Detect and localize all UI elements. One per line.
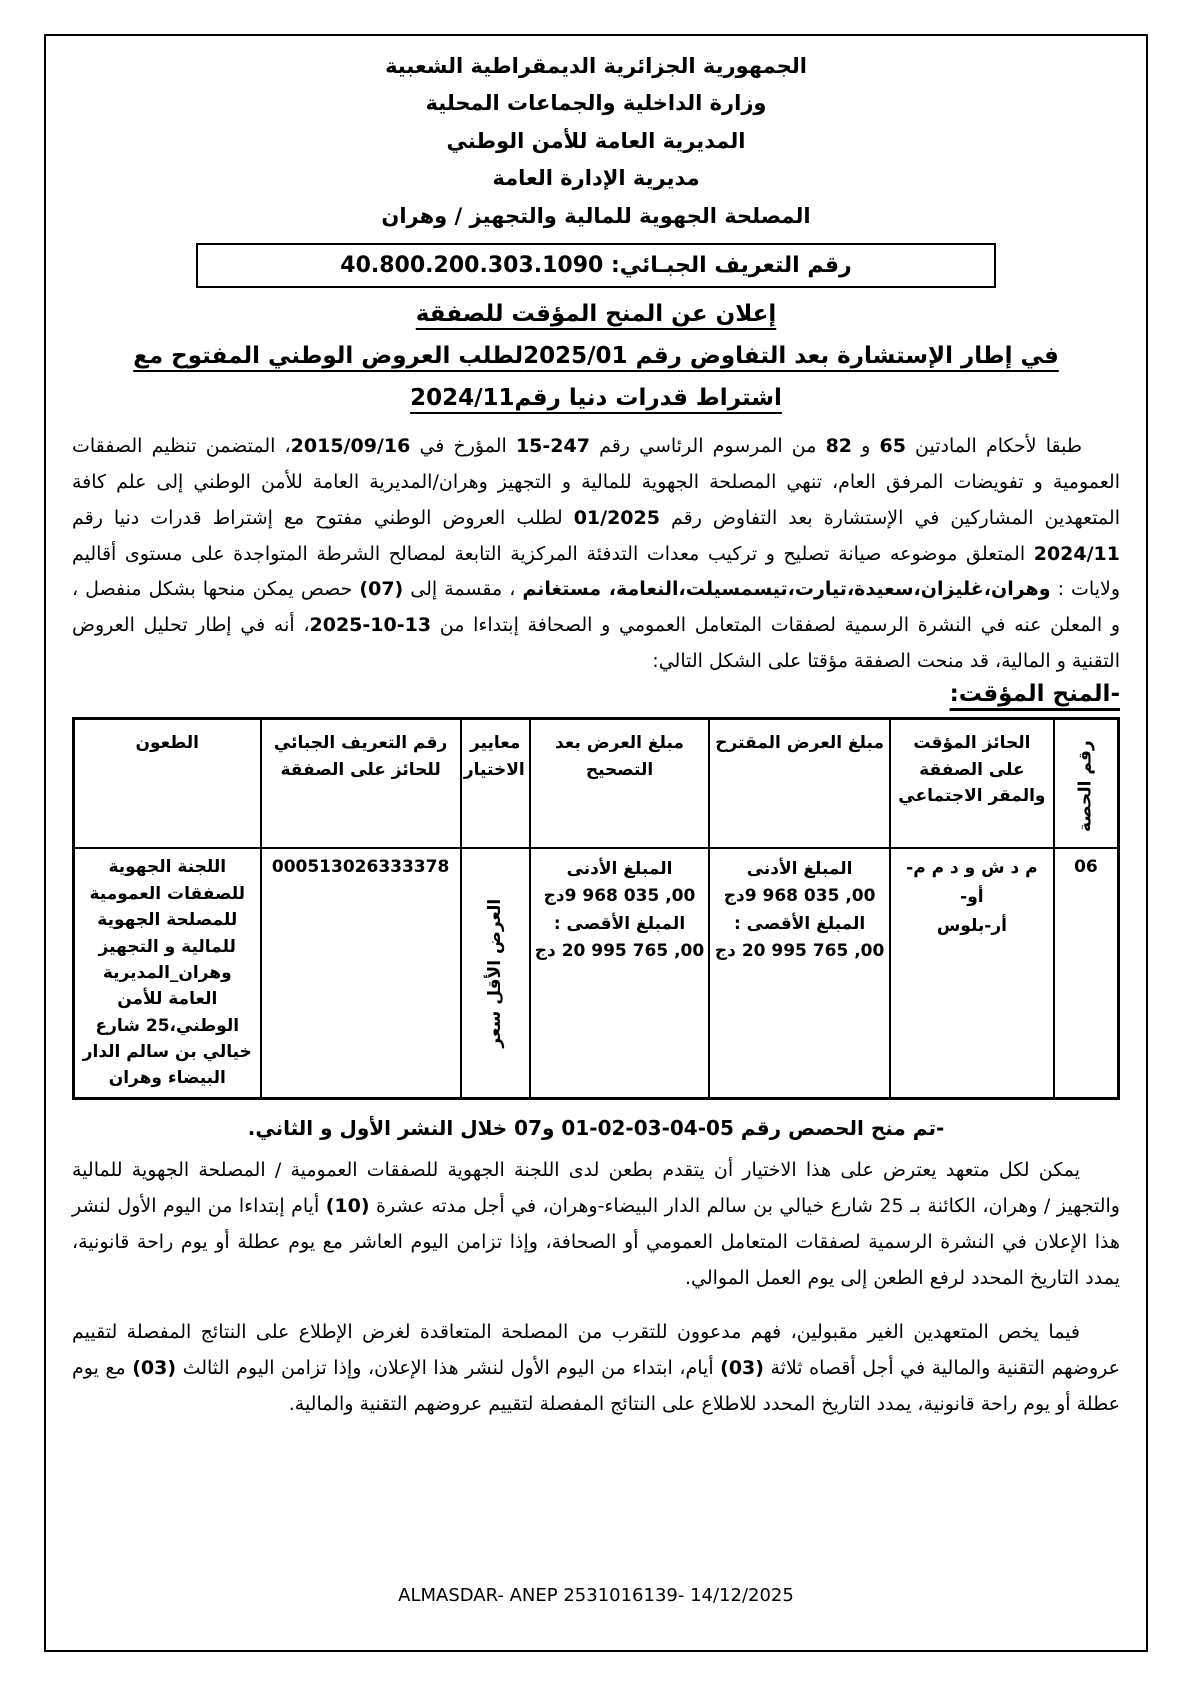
header-line-republic: الجمهورية الجزائرية الديمقراطية الشعبية	[72, 48, 1120, 85]
column-header-holder: الحائز المؤقت على الصفقة والمقر الاجتماع…	[890, 719, 1054, 849]
proposed-min-label: المبلغ الأدنى	[714, 856, 885, 882]
column-header-proposed-amount: مبلغ العرض المقترح	[709, 719, 890, 849]
holder-nif-cell: 000513026333378	[261, 848, 461, 1098]
criteria-cell: العرض الأقل سعر	[461, 848, 530, 1098]
currency-dzd: دج	[544, 886, 565, 906]
tax-id-box: رقم التعريف الجبـائي: 40.800.200.303.109…	[196, 243, 996, 288]
column-header-lot-number: رقم الحصة	[1054, 719, 1119, 849]
corrected-max-value: 20 995 765 ,00 دج	[535, 938, 705, 964]
currency-dzd: دج	[715, 941, 736, 961]
currency-dzd: دج	[724, 886, 745, 906]
title-line-2: في إطار الإستشارة بعد التفاوض رقم 2025/0…	[72, 336, 1120, 378]
appeal-procedure-paragraph: يمكن لكل متعهد يعترض على هذا الاختيار أن…	[72, 1152, 1120, 1296]
lot-number-cell: 06	[1054, 848, 1119, 1098]
document-page: الجمهورية الجزائرية الديمقراطية الشعبية …	[44, 34, 1148, 1652]
proposed-max-label: المبلغ الأقصى :	[714, 911, 885, 937]
publication-footer: ALMASDAR- ANEP 2531016139- 14/12/2025	[46, 1585, 1146, 1606]
intro-paragraph: طبقا لأحكام المادتين 65 و 82 من المرسوم …	[72, 429, 1120, 679]
column-header-holder-nif: رقم التعريف الجبائي للحائز على الصفقة	[261, 719, 461, 849]
corrected-max-label: المبلغ الأقصى :	[535, 911, 705, 937]
column-header-appeals: الطعون	[74, 719, 261, 849]
proposed-max-value: 20 995 765 ,00 دج	[714, 938, 885, 964]
holder-name-line-1: م د ش و د م م-أو-	[895, 854, 1049, 912]
lots-granted-note: -تم منح الحصص رقم 05-04-03-02-01 و07 خلا…	[72, 1116, 1120, 1140]
header-line-directorate: المديرية العامة للأمن الوطني	[72, 123, 1120, 160]
header-line-administration: مديرية الإدارة العامة	[72, 160, 1120, 197]
section-heading-provisional-award: -المنح المؤقت:	[72, 681, 1120, 707]
proposed-amount-cell: المبلغ الأدنى 9 968 035 ,00دج المبلغ الأ…	[709, 848, 890, 1098]
column-header-corrected-amount: مبلغ العرض بعد التصحيح	[530, 719, 710, 849]
holder-name-line-2: أر-بلوس	[895, 912, 1049, 941]
column-header-criteria: معايير الاختيار	[461, 719, 530, 849]
corrected-min-value: 9 968 035 ,00دج	[535, 883, 705, 909]
appeals-cell: اللجنة الجهوية للصفقات العمومية للمصلحة …	[74, 848, 261, 1098]
title-line-3: اشتراط قدرات دنيا رقم2024/11	[72, 378, 1120, 420]
table-header-row: رقم الحصة الحائز المؤقت على الصفقة والمق…	[74, 719, 1119, 849]
currency-dzd: دج	[535, 941, 556, 961]
holder-cell: م د ش و د م م-أو- أر-بلوس	[890, 848, 1054, 1098]
header-line-ministry: وزارة الداخلية والجماعات المحلية	[72, 85, 1120, 122]
header-line-service: المصلحة الجهوية للمالية والتجهيز / وهران	[72, 198, 1120, 235]
corrected-min-label: المبلغ الأدنى	[535, 856, 705, 882]
announcement-title: إعلان عن المنح المؤقت للصفقة في إطار الإ…	[72, 294, 1120, 420]
award-table: رقم الحصة الحائز المؤقت على الصفقة والمق…	[72, 717, 1120, 1099]
table-row: 06 م د ش و د م م-أو- أر-بلوس المبلغ الأد…	[74, 848, 1119, 1098]
rejected-bidders-paragraph: فيما يخص المتعهدين الغير مقبولين، فهم مد…	[72, 1314, 1120, 1422]
corrected-amount-cell: المبلغ الأدنى 9 968 035 ,00دج المبلغ الأ…	[530, 848, 710, 1098]
proposed-min-value: 9 968 035 ,00دج	[714, 883, 885, 909]
title-line-1: إعلان عن المنح المؤقت للصفقة	[72, 294, 1120, 336]
header: الجمهورية الجزائرية الديمقراطية الشعبية …	[72, 48, 1120, 235]
